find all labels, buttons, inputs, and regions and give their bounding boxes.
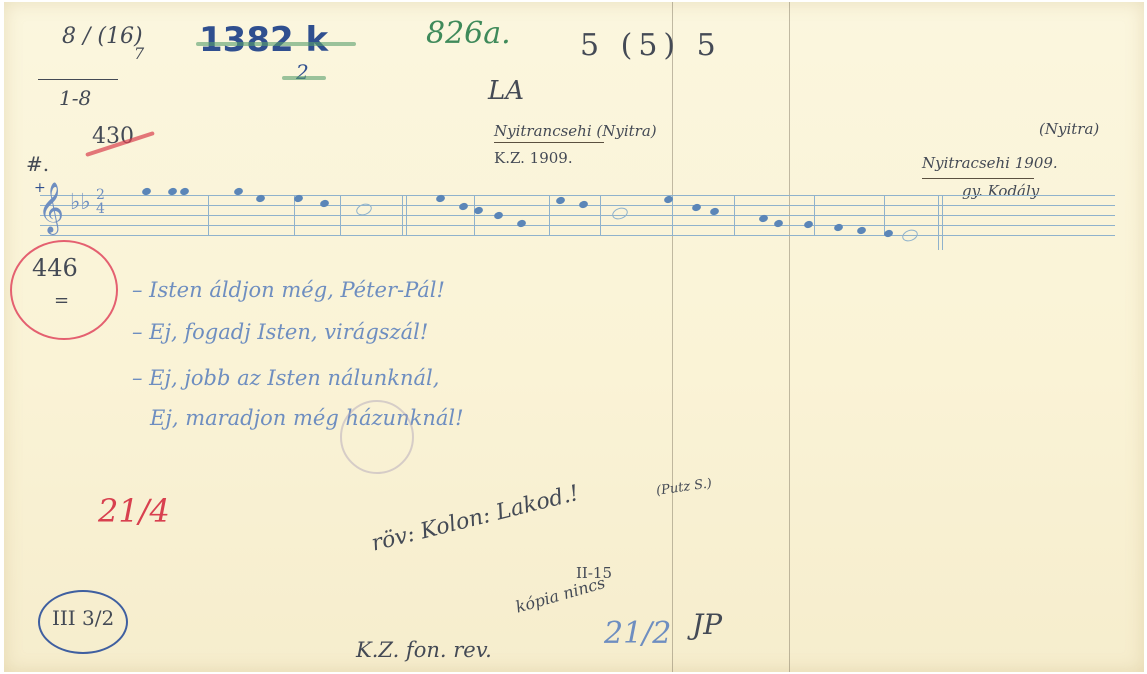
treble-clef-icon: 𝄞 [38, 182, 64, 233]
sharp-mark: #. [26, 152, 49, 176]
circled-ref: III 3/2 [52, 606, 114, 630]
right-place-year: Nyitracsehi 1909. [922, 154, 1058, 172]
fraction-bottom: 1-8 [59, 86, 91, 110]
fold-line-right [789, 2, 790, 672]
lyric-line-3: – Ej, jobb az Isten nálunknál, [132, 366, 439, 390]
green-strikethrough-2 [282, 76, 326, 80]
location-place: Nyitrancsehi (Nyitra) [494, 122, 657, 140]
circled-sequence: 5 (5) 5 [580, 28, 722, 63]
right-region: (Nyitra) [1039, 120, 1099, 138]
struck-subnumber: 2 [296, 60, 309, 84]
revision-note: K.Z. fon. rev. [356, 638, 492, 662]
red-circled-number: 446 [32, 254, 78, 282]
red-bottom-number: 21/4 [98, 492, 170, 530]
flat-signature-icon: ♭♭ [70, 190, 91, 215]
fraction-bar [38, 79, 118, 80]
right-place-underline [922, 178, 1034, 179]
right-collector: gy. Kodály [962, 182, 1039, 200]
location-collector-year: K.Z. 1909. [494, 149, 573, 167]
struck-catalog-number: 1382 k [199, 20, 328, 60]
initials-bottom: JP [692, 608, 722, 641]
fraction-top: 8 / (16) [62, 24, 143, 49]
putz-note: (Putz S.) [655, 476, 713, 499]
green-catalog-number: 826a. [426, 16, 511, 51]
location-underline [494, 142, 604, 143]
red-circled-sub: = [54, 290, 69, 311]
lyric-line-4: Ej, maradjon még házunknál! [150, 406, 464, 430]
lyric-line-1: – Isten áldjon még, Péter-Pál! [132, 278, 445, 302]
copy-note: kópia nincs [513, 573, 607, 617]
abbreviation-note: röv: Kolon: Lakod.! [369, 481, 581, 557]
fold-line-left [672, 2, 673, 672]
blue-bottom-number: 21/2 [604, 616, 671, 651]
time-signature-icon: 24 [96, 188, 105, 216]
fraction-exponent: 7 [134, 44, 144, 63]
initials-top: LA [488, 76, 524, 106]
archive-stamp [340, 400, 414, 474]
document-sheet: 8 / (16) 7 1-8 1382 k 2 826a. 5 (5) 5 LA… [4, 2, 1144, 672]
lyric-line-2: – Ej, fogadj Isten, virágszál! [132, 320, 428, 344]
green-strikethrough [196, 42, 356, 46]
